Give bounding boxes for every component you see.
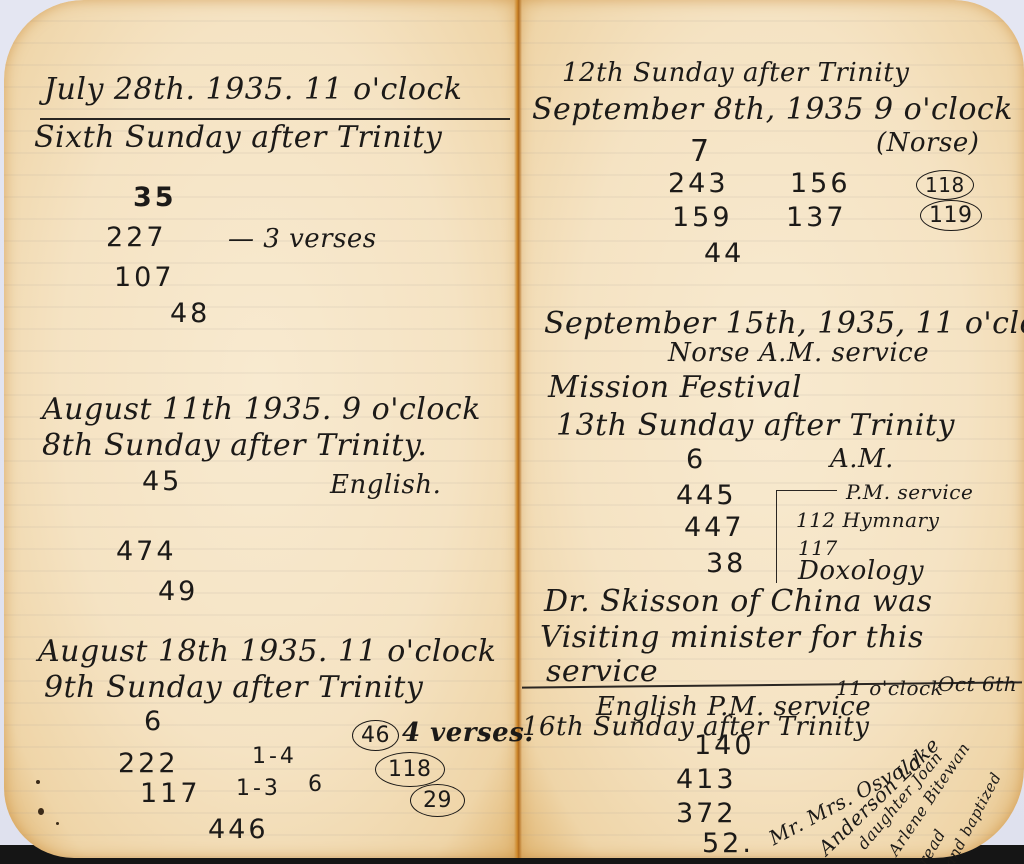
entry-date-line: September 8th, 1935 9 o'clock <box>532 92 1013 127</box>
visitor-note-line: Visiting minister for this <box>540 620 924 655</box>
pm-label: P.M. service <box>846 480 973 504</box>
hymn-number: 35 <box>133 182 177 213</box>
pm-hymn: 112 Hymnary <box>796 508 939 532</box>
hymn-number: 159 <box>672 202 733 233</box>
hymn-number: 44 <box>704 238 744 269</box>
hymn-number: 227 <box>106 222 167 253</box>
hymn-number: 7 <box>690 134 712 169</box>
pm-hymn: Doxology <box>798 556 924 586</box>
language-note: (Norse) <box>876 128 979 158</box>
stain <box>36 780 40 784</box>
hymn-number: 117 <box>140 778 201 809</box>
circled-hymn: 29 <box>410 784 465 817</box>
hymn-number: 45 <box>142 466 182 497</box>
entry-occasion: 9th Sunday after Trinity <box>44 670 423 705</box>
visitor-note-line: Dr. Skisson of China was <box>544 584 932 619</box>
entry-date: Oct 6th <box>938 672 1017 696</box>
hymn-number: 447 <box>684 512 745 543</box>
entry-occasion: 12th Sunday after Trinity <box>562 58 909 88</box>
hymn-number: 107 <box>114 262 175 293</box>
stain <box>38 808 44 815</box>
hymn-number: 38 <box>706 548 746 579</box>
entry-time: 11 o'clock <box>836 676 943 700</box>
circled-hymn: 118 <box>916 170 974 200</box>
verse-range: 1-4 <box>252 744 297 769</box>
hymn-number: 52. <box>702 828 754 859</box>
circled-hymn: 118 <box>375 752 445 787</box>
hymn-number: 243 <box>668 168 729 199</box>
language-note: English. <box>330 470 441 500</box>
verse-range: 1-3 <box>236 776 281 801</box>
entry-date-line: September 15th, 1935, 11 o'clock <box>544 306 1024 341</box>
hymn-note: — 3 verses <box>228 224 377 254</box>
hymn-number: 49 <box>158 576 198 607</box>
visitor-note-line: service <box>546 654 658 689</box>
circled-hymn: 46 <box>352 720 399 751</box>
hymn-number: 413 <box>676 764 737 795</box>
am-label: A.M. <box>830 444 894 474</box>
entry-date-line: August 11th 1935. 9 o'clock <box>42 392 481 427</box>
stain <box>56 822 59 825</box>
hymn-number: 474 <box>116 536 177 567</box>
entry-occasion: 13th Sunday after Trinity <box>556 408 955 443</box>
entry-date-line: August 18th 1935. 11 o'clock <box>38 634 496 669</box>
hymn-number: 445 <box>676 480 737 511</box>
hymn-number: 222 <box>118 748 179 779</box>
hymn-number: 6 <box>144 706 164 737</box>
entry-occasion: Sixth Sunday after Trinity <box>34 120 442 155</box>
verses-note: 4 verses. <box>402 718 534 748</box>
circled-hymn: 119 <box>920 200 982 231</box>
hymn-number: 137 <box>786 202 847 233</box>
hymn-number: 48 <box>170 298 210 329</box>
event-title: Mission Festival <box>548 370 802 405</box>
hymn-number: 446 <box>208 814 269 845</box>
hymn-number: 6 <box>686 444 706 475</box>
entry-date-line: July 28th. 1935. 11 o'clock <box>44 72 462 107</box>
hymn-number: 140 <box>694 730 755 761</box>
hymn-number: 372 <box>676 798 737 829</box>
hymn-number: 156 <box>790 168 851 199</box>
service-line: Norse A.M. service <box>668 338 929 368</box>
entry-occasion: 8th Sunday after Trinity. <box>42 428 427 463</box>
verse-number: 6 <box>308 772 325 797</box>
